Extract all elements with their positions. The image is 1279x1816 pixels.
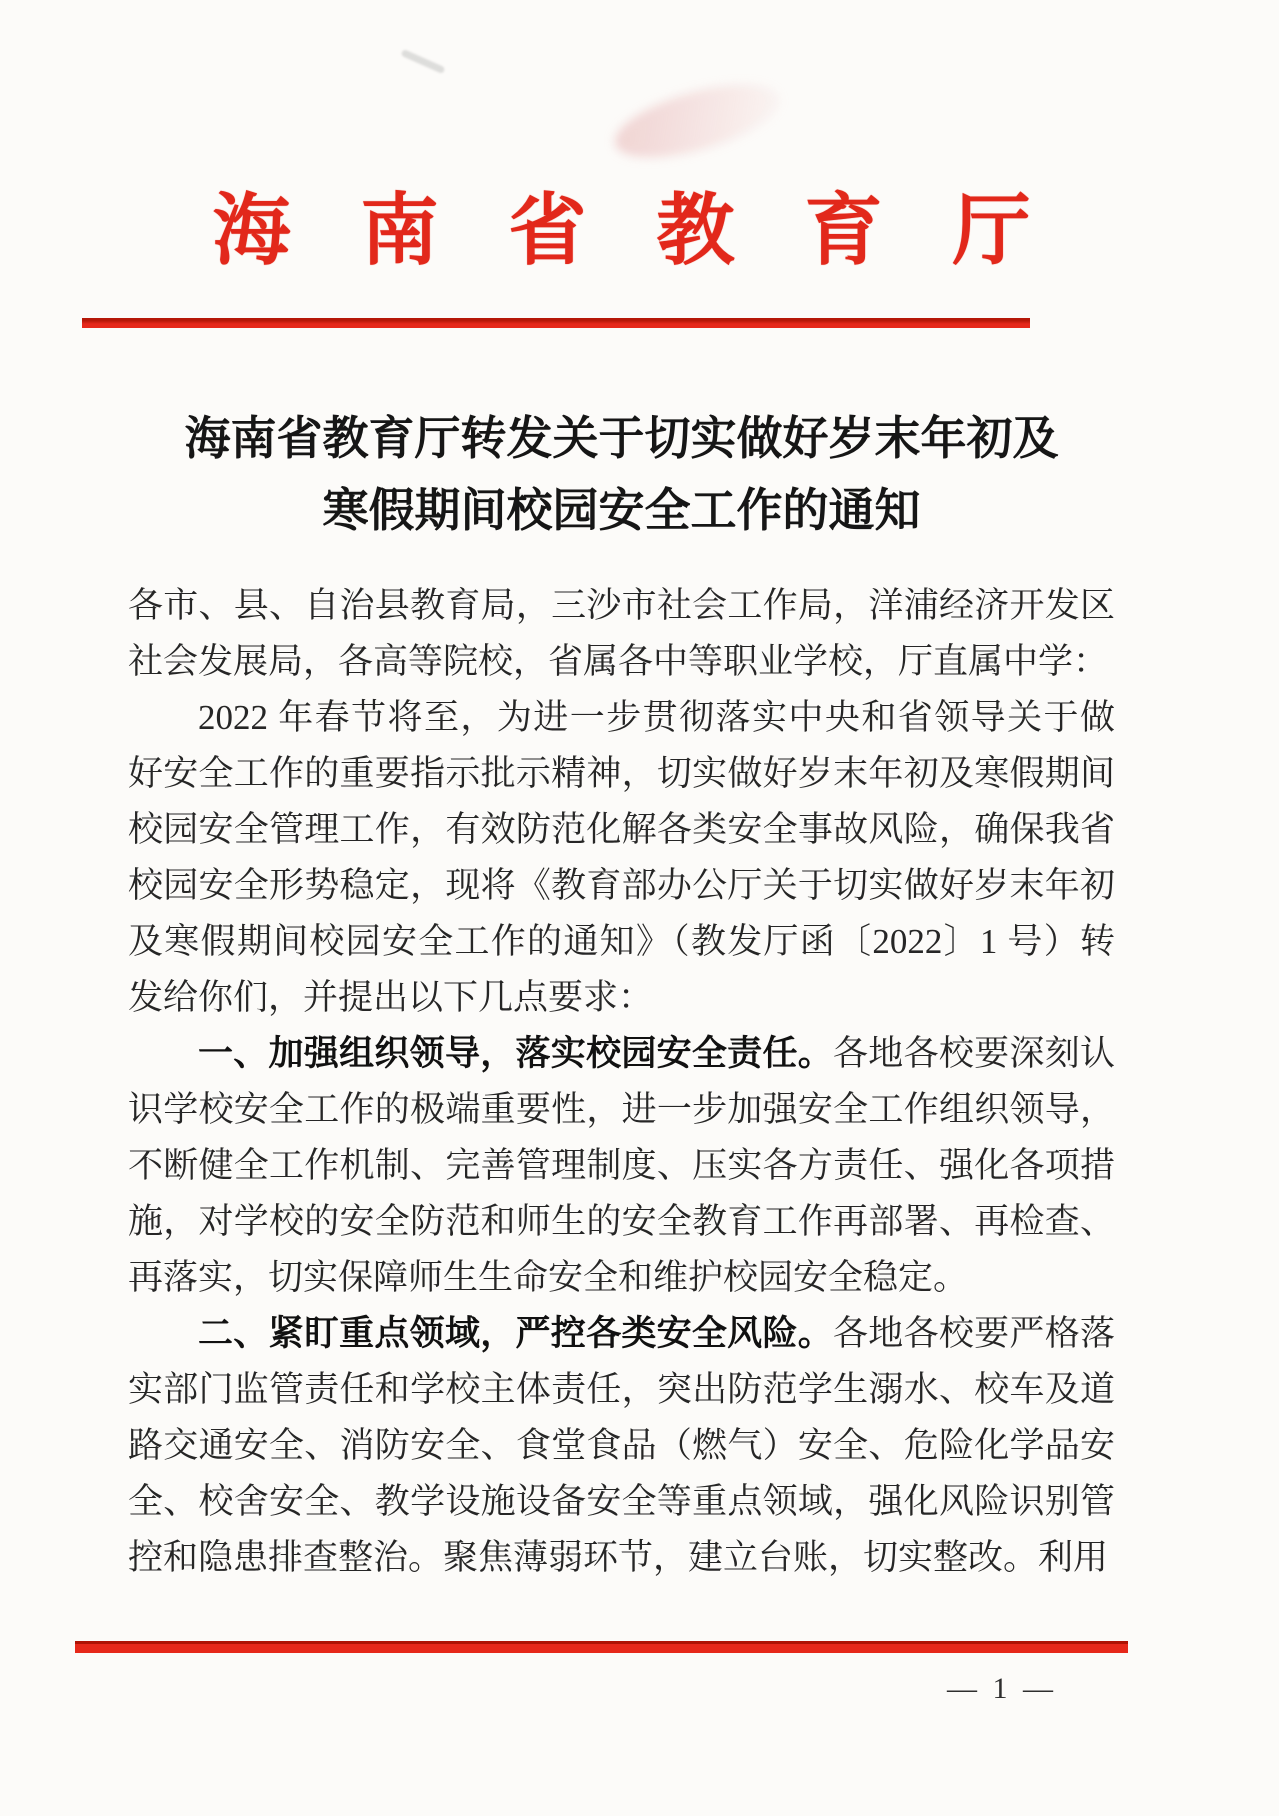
scan-smudge-artifact: [607, 70, 786, 173]
scanned-document-page: 海南省教育厅 海南省教育厅转发关于切实做好岁末年初及 寒假期间校园安全工作的通知…: [0, 0, 1279, 1816]
scan-scratch-artifact: [401, 49, 446, 74]
agency-letterhead: 海南省教育厅: [128, 168, 1115, 280]
paragraph-section-1: 一、加强组织领导，落实校园安全责任。各地各校要深刻认识学校安全工作的极端重要性，…: [128, 1026, 1115, 1306]
paragraph-section-2: 二、紧盯重点领域，严控各类安全风险。各地各校要严格落实部门监管责任和学校主体责任…: [128, 1306, 1115, 1586]
document-title: 海南省教育厅转发关于切实做好岁末年初及 寒假期间校园安全工作的通知: [128, 403, 1115, 547]
section-1-heading: 一、加强组织领导，落实校园安全责任。: [198, 1034, 833, 1073]
section-1-body-text: 各地各校要深刻认识学校安全工作的极端重要性，进一步加强安全工作组织领导，不断健全…: [128, 1034, 1115, 1297]
section-2-heading: 二、紧盯重点领域，严控各类安全风险。: [198, 1314, 833, 1353]
page-number: — 1 —: [942, 1672, 1062, 1706]
salutation-line: 各市、县、自治县教育局，三沙市社会工作局，洋浦经济开发区社会发展局，各高等院校，…: [128, 578, 1115, 690]
section-2-body-text: 各地各校要严格落实部门监管责任和学校主体责任，突出防范学生溺水、校车及道路交通安…: [128, 1314, 1115, 1577]
letterhead-divider-rule: [82, 318, 1030, 328]
paragraph-intro: 2022 年春节将至，为进一步贯彻落实中央和省领导关于做好安全工作的重要指示批示…: [128, 690, 1115, 1026]
document-body: 各市、县、自治县教育局，三沙市社会工作局，洋浦经济开发区社会发展局，各高等院校，…: [128, 578, 1115, 1586]
salutation-text: 各市、县、自治县教育局，三沙市社会工作局，洋浦经济开发区社会发展局，各高等院校，…: [128, 586, 1115, 681]
document-title-line2: 寒假期间校园安全工作的通知: [323, 485, 921, 536]
paragraph-intro-text: 2022 年春节将至，为进一步贯彻落实中央和省领导关于做好安全工作的重要指示批示…: [128, 698, 1115, 1017]
footer-divider-rule: [75, 1641, 1128, 1653]
document-title-line1: 海南省教育厅转发关于切实做好岁末年初及: [185, 413, 1059, 464]
